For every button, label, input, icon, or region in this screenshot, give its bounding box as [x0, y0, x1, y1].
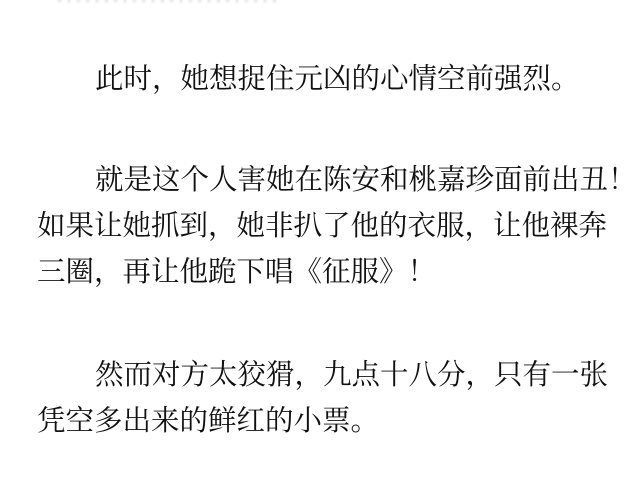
paragraph-1-line-1: 此时，她想捉住元凶的心情空前强烈。: [95, 62, 580, 96]
paragraph-2-line-2: 如果让她抓到，她非扒了他的衣服，让他裸奔: [37, 209, 607, 243]
paragraph-3-line-2: 凭空多出来的鲜红的小票。: [37, 404, 379, 438]
faded-next-text: ……………………: [25, 440, 295, 446]
paragraph-2-line-3: 三圈，再让他跪下唱《征服》！: [37, 255, 436, 289]
paragraph-3-line-1: 然而对方太狡猾，九点十八分，只有一张: [95, 358, 608, 392]
paragraph-2-line-1: 就是这个人害她在陈安和桃嘉珍面前出丑！: [95, 163, 637, 197]
faded-previous-text: ……………………: [55, 0, 395, 2]
